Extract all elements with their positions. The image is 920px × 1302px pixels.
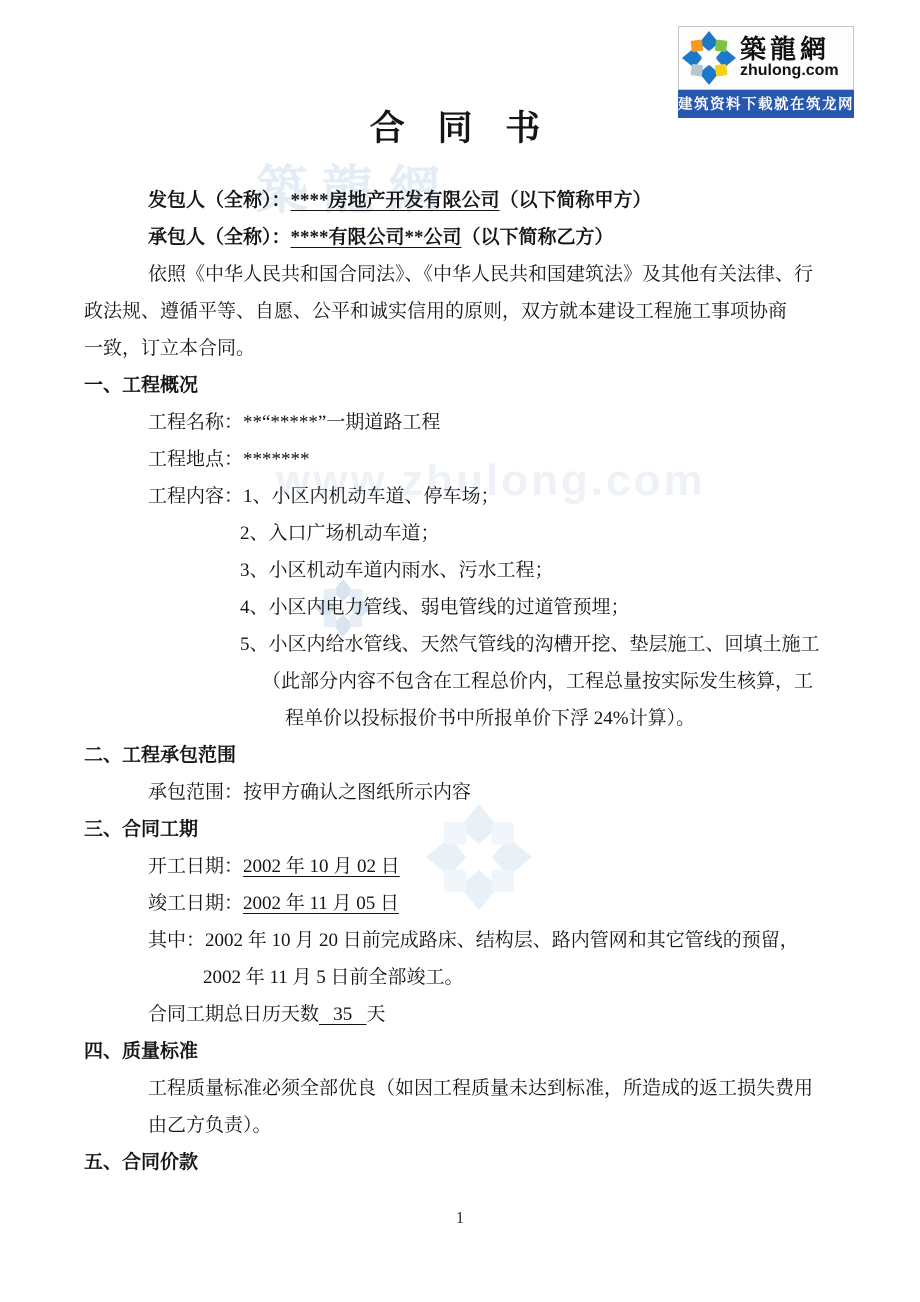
contract-line: 工程内容：1、小区内机动车道、停车场； <box>84 478 838 515</box>
start-date-line: 开工日期：2002 年 10 月 02 日 <box>84 848 838 885</box>
party-name-underlined: ****房地产开发有限公司 <box>291 190 500 211</box>
contract-line: 5、小区内给水管线、天然气管线的沟槽开挖、垫层施工、回填土施工 <box>84 626 838 663</box>
zhulong-logo-text: 築龍網 zhulong.com <box>740 36 839 80</box>
logo-tagline-banner: 建筑资料下载就在筑龙网 <box>678 90 854 118</box>
section-heading-5: 五、合同价款 <box>84 1144 838 1181</box>
line-prefix: 开工日期： <box>148 856 243 877</box>
total-days-line: 合同工期总日历天数 35 天 <box>84 996 838 1033</box>
contract-line: 4、小区内电力管线、弱电管线的过道管预埋； <box>84 589 838 626</box>
contract-line: （此部分内容不包含在工程总价内，工程总量按实际发生核算，工 <box>84 663 838 700</box>
zhulong-logo: 築龍網 zhulong.com 建筑资料下载就在筑龙网 <box>678 26 854 118</box>
preamble-line: 一致，订立本合同。 <box>84 330 838 367</box>
contract-line: 其中：2002 年 10 月 20 日前完成路床、结构层、路内管网和其它管线的预… <box>84 922 838 959</box>
zhulong-pinwheel-icon <box>682 31 736 85</box>
document-body: 合 同 书 发包人（全称）：****房地产开发有限公司（以下简称甲方） 承包人（… <box>0 106 920 1181</box>
section-heading-3: 三、合同工期 <box>84 811 838 848</box>
contract-line: 2、入口广场机动车道； <box>84 515 838 552</box>
party-line-employer: 发包人（全称）：****房地产开发有限公司（以下简称甲方） <box>84 182 838 219</box>
section-heading-4: 四、质量标准 <box>84 1033 838 1070</box>
zhulong-logo-box: 築龍網 zhulong.com <box>678 26 854 90</box>
party-line-contractor: 承包人（全称）：****有限公司**公司（以下简称乙方） <box>84 219 838 256</box>
contract-page: 築龍網 zhulong.com 建筑资料下载就在筑龙网 築龍網 www.zhul… <box>0 0 920 1302</box>
party-prefix: 承包人（全称）： <box>148 227 291 248</box>
site-name: 築龍網 <box>740 36 839 63</box>
party-suffix: （以下简称乙方） <box>462 227 614 248</box>
contract-line: 由乙方负责）。 <box>84 1107 838 1144</box>
preamble-line: 政法规、遵循平等、自愿、公平和诚实信用的原则，双方就本建设工程施工事项协商 <box>84 293 838 330</box>
section-heading-1: 一、工程概况 <box>84 367 838 404</box>
preamble-line: 依照《中华人民共和国合同法》、《中华人民共和国建筑法》及其他有关法律、行 <box>84 256 838 293</box>
contract-line: 程单价以投标报价书中所报单价下浮 24%计算）。 <box>84 700 838 737</box>
party-suffix: （以下简称甲方） <box>500 190 652 211</box>
party-prefix: 发包人（全称）： <box>148 190 291 211</box>
section-heading-2: 二、工程承包范围 <box>84 737 838 774</box>
contract-line: 工程地点：******* <box>84 441 838 478</box>
line-prefix: 竣工日期： <box>148 893 243 914</box>
start-date-underlined: 2002 年 10 月 02 日 <box>243 856 400 877</box>
page-number: 1 <box>0 1208 920 1228</box>
contract-line: 承包范围：按甲方确认之图纸所示内容 <box>84 774 838 811</box>
contract-line: 工程质量标准必须全部优良（如因工程质量未达到标准，所造成的返工损失费用 <box>84 1070 838 1107</box>
finish-date-underlined: 2002 年 11 月 05 日 <box>243 893 399 914</box>
party-name-underlined: ****有限公司**公司 <box>291 227 462 248</box>
finish-date-line: 竣工日期：2002 年 11 月 05 日 <box>84 885 838 922</box>
total-days-underlined: 35 <box>319 1004 367 1025</box>
line-suffix: 天 <box>367 1004 386 1025</box>
contract-line: 2002 年 11 月 5 日前全部竣工。 <box>84 959 838 996</box>
contract-line: 工程名称：**“*****”一期道路工程 <box>84 404 838 441</box>
site-domain: zhulong.com <box>740 63 839 80</box>
line-prefix: 合同工期总日历天数 <box>148 1004 319 1025</box>
contract-line: 3、小区机动车道内雨水、污水工程； <box>84 552 838 589</box>
